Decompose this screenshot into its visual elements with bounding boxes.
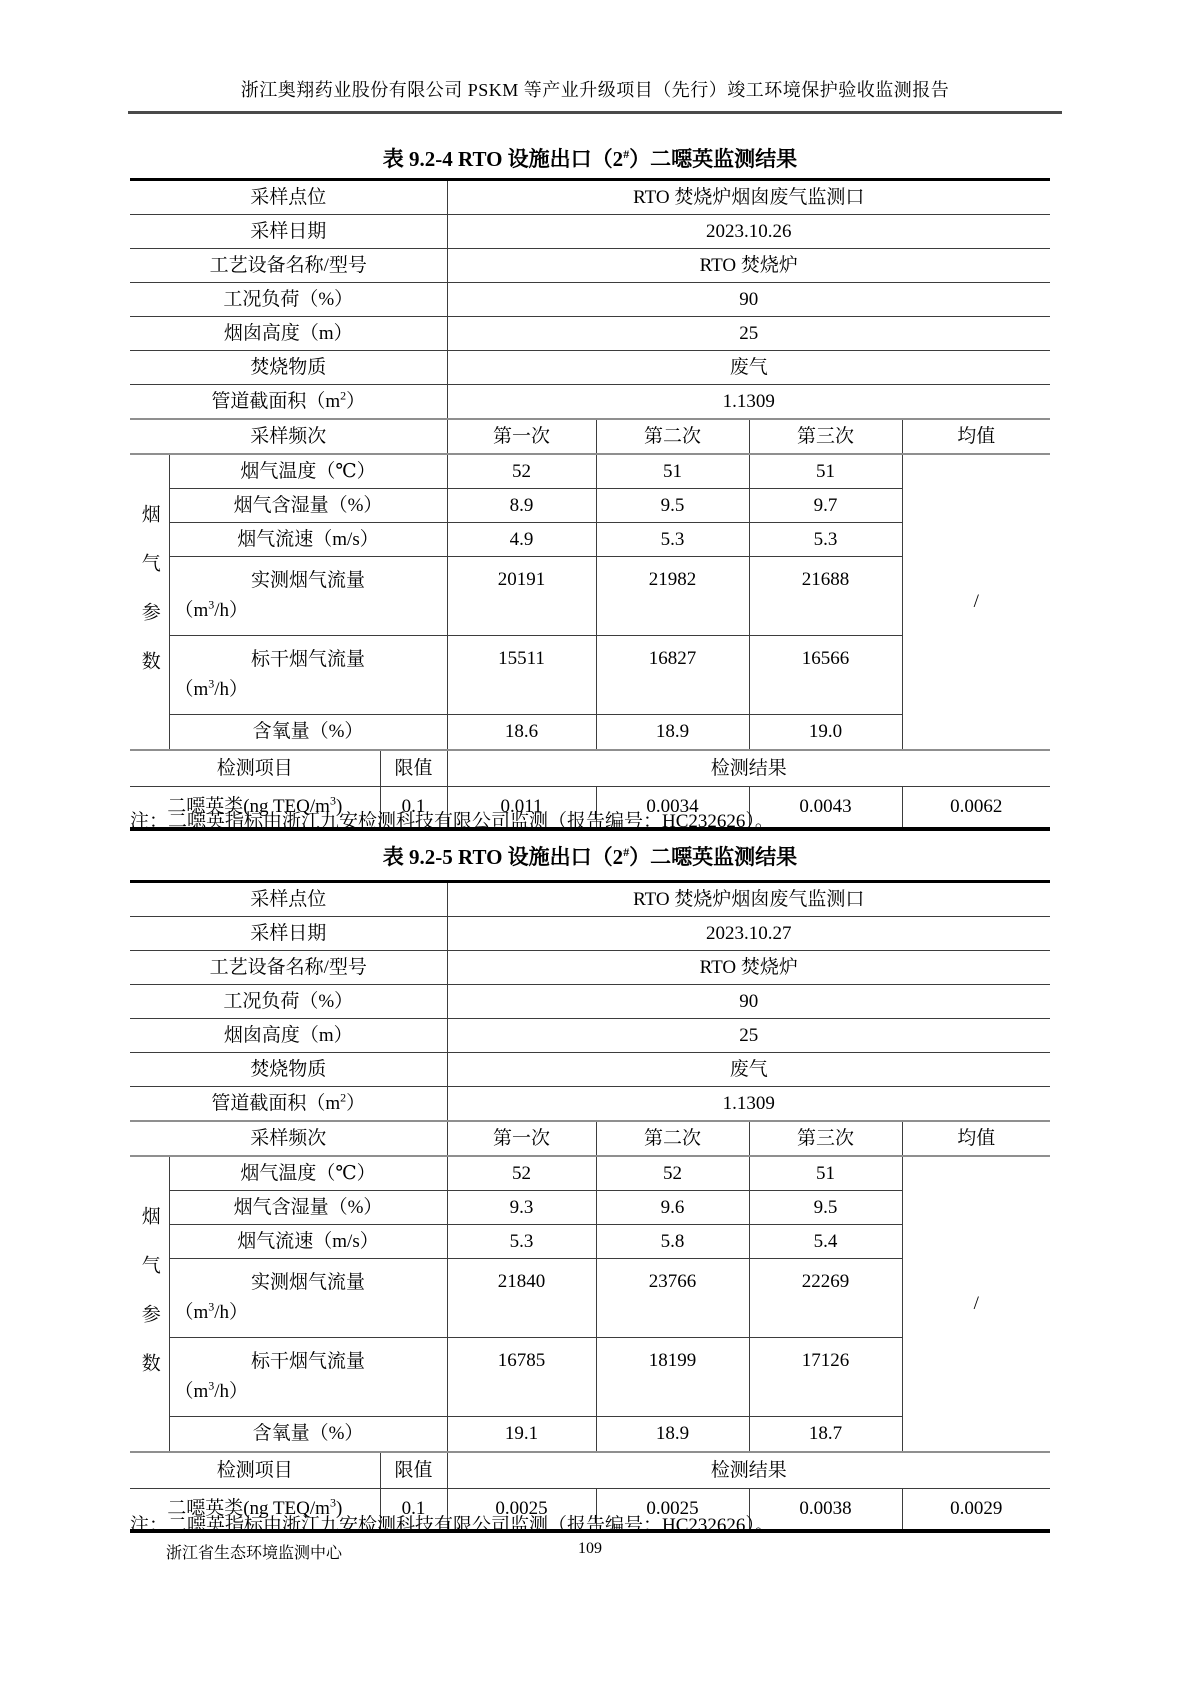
row-label-cell: 烟气温度（℃） [169, 1156, 447, 1191]
label-post: ） [346, 1093, 365, 1114]
param-group-label: 烟气参数 [140, 504, 159, 700]
info-row-material: 焚烧物质 废气 [130, 351, 1050, 385]
table-note: 注：二噁英指标由浙江九安检测科技有限公司监测（报告编号：HC232626）。 [130, 1510, 1070, 1537]
row-label-cell: 实测烟气流量（m3/h） [169, 1259, 447, 1338]
table-924-title: 表 9.2-4 RTO 设施出口（2#）二噁英监测结果 [130, 143, 1050, 173]
param-value-cell: 52 [447, 454, 596, 489]
row-label-cell: 标干烟气流量（m3/h） [169, 1338, 447, 1417]
param-value-cell: 20191 [447, 557, 596, 636]
flow-label: 实测烟气流量（m3/h） [173, 570, 444, 622]
row-label-cell: 采样点位 [130, 882, 447, 917]
row-label-cell: 采样点位 [130, 180, 447, 215]
row-label-cell: 实测烟气流量（m3/h） [169, 557, 447, 636]
row-label-cell: 烟气流速（m/s） [169, 523, 447, 557]
title-pre: 表 9.2-5 RTO 设施出口（2 [383, 845, 623, 869]
flow-label: 标干烟气流量（m3/h） [173, 649, 444, 701]
param-value-cell: 51 [596, 454, 749, 489]
report-header-text: 浙江奥翔药业股份有限公司 PSKM 等产业升级项目（先行）竣工环境保护验收监测报… [128, 76, 1062, 114]
param-value-cell: 9.5 [749, 1191, 902, 1225]
col-header-cell: 第二次 [596, 419, 749, 454]
param-value-cell: 5.3 [447, 1225, 596, 1259]
info-row-sample-point: 采样点位 RTO 焚烧炉烟囱废气监测口 [130, 180, 1050, 215]
row-label-cell: 采样频次 [130, 419, 447, 454]
detect-header-row: 检测项目 限值 检测结果 [130, 1452, 1050, 1489]
unit-pre: （m [175, 1302, 209, 1323]
col-header-cell: 均值 [902, 419, 1050, 454]
param-value-cell: 9.3 [447, 1191, 596, 1225]
unit-post: /h） [214, 600, 248, 621]
detect-item-header: 检测项目 [130, 1452, 380, 1489]
param-value-cell: 18199 [596, 1338, 749, 1417]
row-value-cell: RTO 焚烧炉 [447, 249, 1050, 283]
row-label-cell: 焚烧物质 [130, 1053, 447, 1087]
label-line2: （m3/h） [173, 1302, 444, 1324]
title-post: ）二噁英监测结果 [629, 147, 797, 171]
param-value-cell: 16827 [596, 636, 749, 715]
row-label-cell: 采样日期 [130, 917, 447, 951]
param-value-cell: 5.3 [749, 523, 902, 557]
label-line1: 实测烟气流量 [173, 1272, 444, 1294]
detect-result-header: 检测结果 [447, 750, 1050, 787]
param-value-cell: 15511 [447, 636, 596, 715]
row-label-cell: 工艺设备名称/型号 [130, 249, 447, 283]
param-value-cell: 51 [749, 1156, 902, 1191]
param-value-cell: 5.4 [749, 1225, 902, 1259]
title-pre: 表 9.2-4 RTO 设施出口（2 [383, 147, 623, 171]
row-label-cell: 烟气温度（℃） [169, 454, 447, 489]
param-value-cell: 9.6 [596, 1191, 749, 1225]
dioxin-table-925: 采样点位 RTO 焚烧炉烟囱废气监测口 采样日期 2023.10.27 工艺设备… [130, 880, 1050, 1533]
row-value-cell: 90 [447, 283, 1050, 317]
info-row-sample-date: 采样日期 2023.10.26 [130, 215, 1050, 249]
param-row-temperature: 烟气参数 烟气温度（℃） 52 51 51 / [130, 454, 1050, 489]
unit-post: /h） [214, 1302, 248, 1323]
row-label-cell: 烟气流速（m/s） [169, 1225, 447, 1259]
mean-placeholder-cell: / [902, 454, 1050, 750]
col-header-cell: 第三次 [749, 419, 902, 454]
unit-post: /h） [214, 679, 248, 700]
table-925-title: 表 9.2-5 RTO 设施出口（2#）二噁英监测结果 [130, 841, 1050, 871]
param-value-cell: 18.7 [749, 1417, 902, 1453]
param-value-cell: 51 [749, 454, 902, 489]
info-row-sample-point: 采样点位 RTO 焚烧炉烟囱废气监测口 [130, 882, 1050, 917]
info-row-duct-area: 管道截面积（m2） 1.1309 [130, 385, 1050, 420]
row-label-cell: 采样频次 [130, 1121, 447, 1156]
report-page: 浙江奥翔药业股份有限公司 PSKM 等产业升级项目（先行）竣工环境保护验收监测报… [0, 0, 1190, 1683]
info-row-duct-area: 管道截面积（m2） 1.1309 [130, 1087, 1050, 1122]
unit-pre: （m [175, 1381, 209, 1402]
row-value-cell: 2023.10.26 [447, 215, 1050, 249]
param-value-cell: 23766 [596, 1259, 749, 1338]
row-label-cell: 含氧量（%） [169, 715, 447, 751]
info-row-equipment: 工艺设备名称/型号 RTO 焚烧炉 [130, 951, 1050, 985]
param-value-cell: 19.0 [749, 715, 902, 751]
mean-placeholder-cell: / [902, 1156, 1050, 1452]
info-row-sample-date: 采样日期 2023.10.27 [130, 917, 1050, 951]
label-line1: 标干烟气流量 [173, 649, 444, 671]
param-value-cell: 18.9 [596, 715, 749, 751]
unit-post: /h） [214, 1381, 248, 1402]
row-value-cell: RTO 焚烧炉 [447, 951, 1050, 985]
row-label-cell: 管道截面积（m2） [130, 385, 447, 420]
row-label-cell: 工艺设备名称/型号 [130, 951, 447, 985]
row-label-cell: 工况负荷（%） [130, 985, 447, 1019]
unit-pre: （m [175, 679, 209, 700]
label-pre: 管道截面积（m [211, 1093, 340, 1114]
param-group-cell: 烟气参数 [130, 1156, 169, 1452]
label-line1: 标干烟气流量 [173, 1351, 444, 1373]
param-value-cell: 9.7 [749, 489, 902, 523]
param-value-cell: 21840 [447, 1259, 596, 1338]
param-value-cell: 19.1 [447, 1417, 596, 1453]
col-header-cell: 均值 [902, 1121, 1050, 1156]
detect-limit-header: 限值 [380, 750, 447, 787]
info-row-stack-height: 烟囱高度（m） 25 [130, 1019, 1050, 1053]
param-row-temperature: 烟气参数 烟气温度（℃） 52 52 51 / [130, 1156, 1050, 1191]
param-value-cell: 52 [447, 1156, 596, 1191]
footer: 109 浙江省生态环境监测中心 [130, 1540, 1050, 1564]
param-value-cell: 5.3 [596, 523, 749, 557]
row-label-cell: 焚烧物质 [130, 351, 447, 385]
param-value-cell: 9.5 [596, 489, 749, 523]
param-value-cell: 18.6 [447, 715, 596, 751]
row-label-cell: 含氧量（%） [169, 1417, 447, 1453]
info-row-equipment: 工艺设备名称/型号 RTO 焚烧炉 [130, 249, 1050, 283]
row-value-cell: 90 [447, 985, 1050, 1019]
col-header-cell: 第三次 [749, 1121, 902, 1156]
row-value-cell: 2023.10.27 [447, 917, 1050, 951]
flow-label: 标干烟气流量（m3/h） [173, 1351, 444, 1403]
footer-org: 浙江省生态环境监测中心 [166, 1540, 342, 1563]
detect-header-row: 检测项目 限值 检测结果 [130, 750, 1050, 787]
frequency-header-row: 采样频次 第一次 第二次 第三次 均值 [130, 1121, 1050, 1156]
row-value-cell: 25 [447, 1019, 1050, 1053]
label-line2: （m3/h） [173, 679, 444, 701]
label-line2: （m3/h） [173, 1381, 444, 1403]
detect-limit-header: 限值 [380, 1452, 447, 1489]
row-value-cell: 1.1309 [447, 1087, 1050, 1122]
unit-pre: （m [175, 600, 209, 621]
label-line1: 实测烟气流量 [173, 570, 444, 592]
param-value-cell: 16785 [447, 1338, 596, 1417]
param-value-cell: 18.9 [596, 1417, 749, 1453]
col-header-cell: 第一次 [447, 1121, 596, 1156]
row-label-cell: 管道截面积（m2） [130, 1087, 447, 1122]
row-label-cell: 标干烟气流量（m3/h） [169, 636, 447, 715]
label-line2: （m3/h） [173, 600, 444, 622]
title-post: ）二噁英监测结果 [629, 845, 797, 869]
col-header-cell: 第一次 [447, 419, 596, 454]
info-row-stack-height: 烟囱高度（m） 25 [130, 317, 1050, 351]
row-value-cell: 1.1309 [447, 385, 1050, 420]
info-row-load: 工况负荷（%） 90 [130, 985, 1050, 1019]
param-value-cell: 21982 [596, 557, 749, 636]
dioxin-table-924: 采样点位 RTO 焚烧炉烟囱废气监测口 采样日期 2023.10.26 工艺设备… [130, 178, 1050, 831]
param-value-cell: 22269 [749, 1259, 902, 1338]
info-row-material: 焚烧物质 废气 [130, 1053, 1050, 1087]
label-pre: 管道截面积（m [211, 391, 340, 412]
detect-item-header: 检测项目 [130, 750, 380, 787]
row-label-cell: 烟气含湿量（%） [169, 1191, 447, 1225]
table-note: 注：二噁英指标由浙江九安检测科技有限公司监测（报告编号：HC232626）。 [130, 806, 1070, 833]
param-value-cell: 52 [596, 1156, 749, 1191]
param-value-cell: 16566 [749, 636, 902, 715]
row-value-cell: RTO 焚烧炉烟囱废气监测口 [447, 180, 1050, 215]
param-value-cell: 21688 [749, 557, 902, 636]
row-label-cell: 工况负荷（%） [130, 283, 447, 317]
row-label-cell: 烟囱高度（m） [130, 1019, 447, 1053]
param-value-cell: 17126 [749, 1338, 902, 1417]
label-post: ） [346, 391, 365, 412]
param-value-cell: 5.8 [596, 1225, 749, 1259]
col-header-cell: 第二次 [596, 1121, 749, 1156]
row-value-cell: RTO 焚烧炉烟囱废气监测口 [447, 882, 1050, 917]
param-value-cell: 4.9 [447, 523, 596, 557]
row-label-cell: 烟囱高度（m） [130, 317, 447, 351]
param-group-cell: 烟气参数 [130, 454, 169, 750]
info-row-load: 工况负荷（%） 90 [130, 283, 1050, 317]
param-value-cell: 8.9 [447, 489, 596, 523]
row-label-cell: 烟气含湿量（%） [169, 489, 447, 523]
frequency-header-row: 采样频次 第一次 第二次 第三次 均值 [130, 419, 1050, 454]
param-group-label: 烟气参数 [140, 1206, 159, 1402]
row-label-cell: 采样日期 [130, 215, 447, 249]
flow-label: 实测烟气流量（m3/h） [173, 1272, 444, 1324]
row-value-cell: 废气 [447, 351, 1050, 385]
row-value-cell: 废气 [447, 1053, 1050, 1087]
row-value-cell: 25 [447, 317, 1050, 351]
detect-result-header: 检测结果 [447, 1452, 1050, 1489]
